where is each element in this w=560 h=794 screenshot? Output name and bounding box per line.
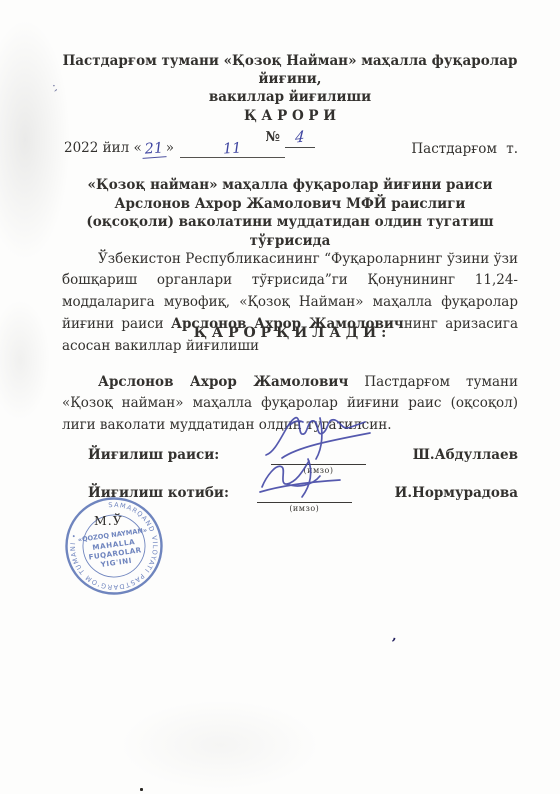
scanned-decision-document: ·‚ Пастдарғом тумани «Қозоқ Найман» маҳа… (0, 0, 560, 794)
document-header: Пастдарғом тумани «Қозоқ Найман» маҳалла… (62, 52, 518, 147)
stray-ink-mark: ’ (390, 636, 397, 652)
month-underline: 11 (180, 141, 285, 158)
signature-area: (имзо) (244, 485, 365, 513)
scan-smudge (0, 300, 50, 420)
resolution-heading: Қ А Р О Р Қ И Л А Д И : (62, 325, 518, 341)
place-name: Пастдарғом т. (411, 141, 518, 157)
seal-place-label: М.Ў (94, 513, 123, 528)
signature-role-label: Йиғилиш раиси: (62, 447, 254, 463)
seal-icon: SAMARQAND VILOYATI PASTDARG'OM TUMANI • … (58, 490, 171, 603)
signer-name: Ш.Абдуллаев (413, 447, 518, 463)
date-prefix: 2022 йил « (64, 140, 142, 156)
preamble-paragraph: Ўзбекистон Республикасининг “Фуқароларни… (62, 249, 518, 358)
decision-subject: «Қозоқ найман» маҳалла фуқаролар йиғини … (80, 176, 500, 250)
document-type-title: Қ А Р О Р И (62, 107, 518, 125)
scan-smudge (120, 700, 320, 790)
org-name-line2: вакиллар йиғилиши (62, 88, 518, 106)
date-line: 2022 йил «21»11 Пастдарғом т. (64, 140, 518, 157)
date-suffix: » (166, 140, 174, 156)
imzo-caption: (имзо) (244, 504, 365, 513)
stray-pen-tick: ·‚ (50, 79, 61, 94)
date-left: 2022 йил «21»11 (64, 140, 285, 157)
secretary-signature-icon (252, 453, 352, 499)
chairman-name-bold: Арслонов Ахрор Жамолович (98, 374, 348, 390)
org-name-line1: Пастдарғом тумани «Қозоқ Найман» маҳалла… (62, 52, 518, 88)
signer-name: И.Нормурадова (395, 485, 518, 501)
handwritten-day: 21 (141, 140, 166, 159)
scan-smudge (0, 20, 70, 260)
handwritten-month: 11 (223, 141, 242, 158)
round-seal-stamp: SAMARQAND VILOYATI PASTDARG'OM TUMANI • … (58, 490, 171, 603)
ink-speck (140, 788, 143, 791)
